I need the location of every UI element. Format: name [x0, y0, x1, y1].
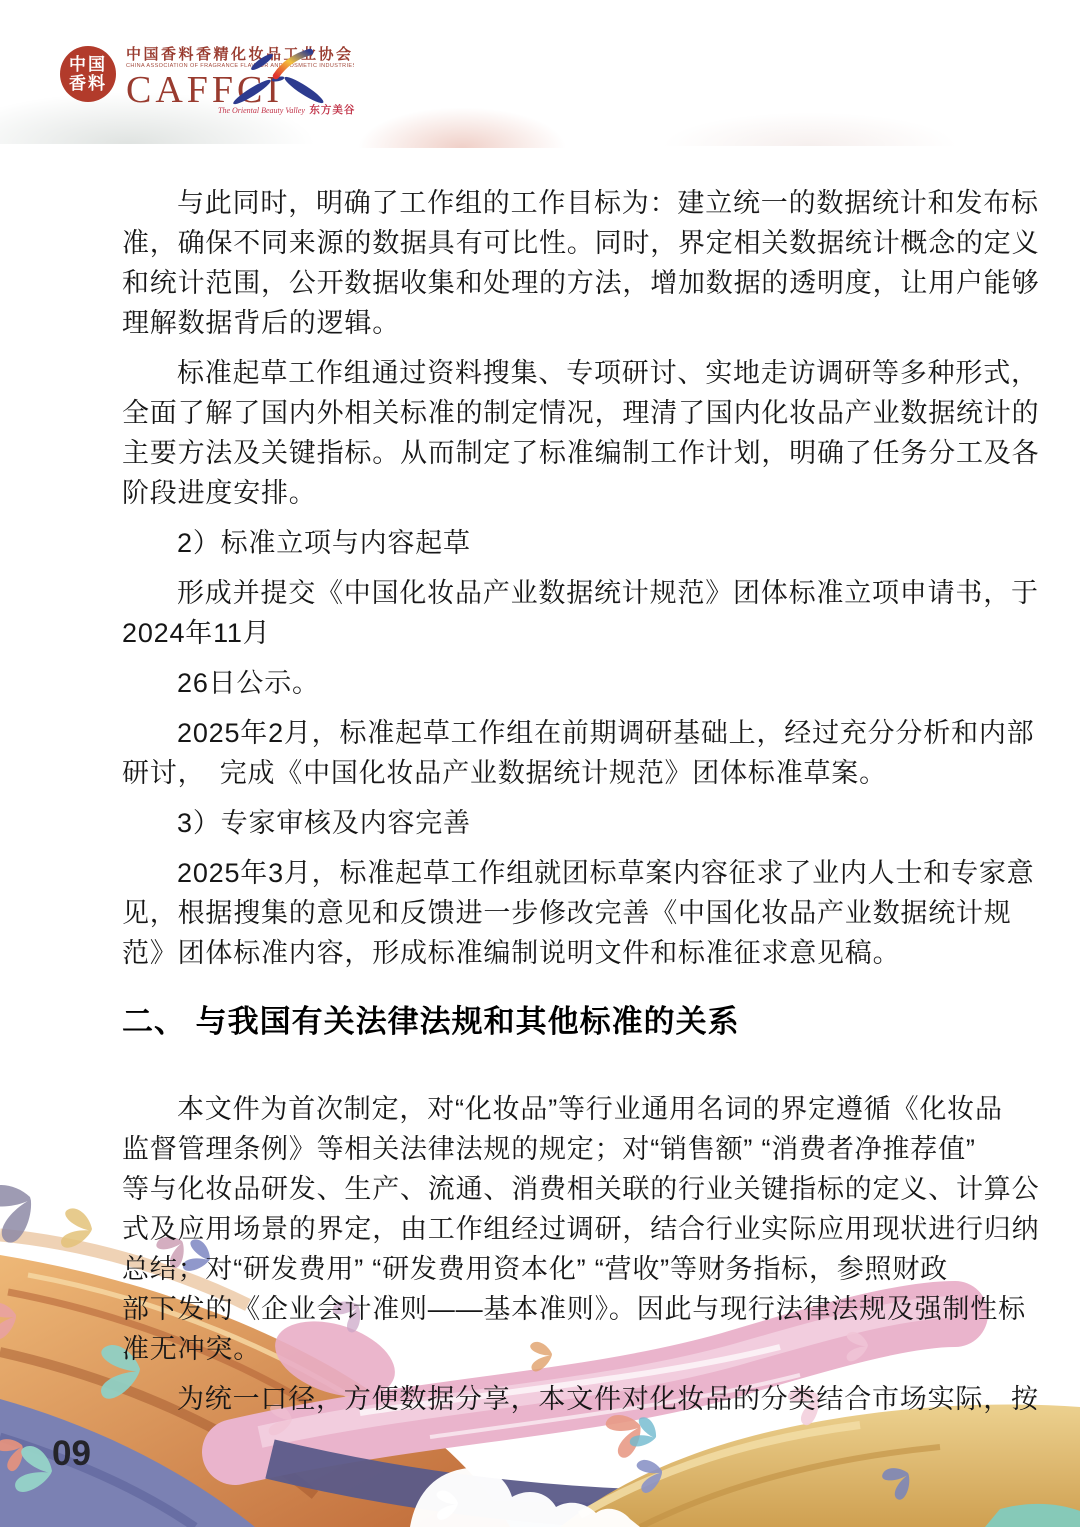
- text-line: 主要方法及关键指标。从而制定了标准编制工作计划，明确了任务分工及各: [122, 433, 958, 473]
- text-line: 等与化妆品研发、生产、流通、消费相关联的行业关键指标的定义、计算公: [122, 1169, 958, 1209]
- obv-butterfly-icon: [218, 46, 338, 106]
- caffci-seal-icon: 中国 香料: [60, 46, 116, 102]
- text-line: 理解数据背后的逻辑。: [122, 303, 958, 343]
- numbered-subheading: 3）专家审核及内容完善: [122, 803, 958, 843]
- obv-tagline-en: The Oriental Beauty Valley: [218, 106, 305, 115]
- text-line: 2）标准立项与内容起草: [122, 523, 958, 563]
- paragraph: 2025年2月，标准起草工作组在前期调研基础上，经过充分分析和内部 研讨， 完成…: [122, 713, 958, 793]
- seal-text-bottom: 香料: [69, 74, 107, 93]
- text-line: 2024年11月: [122, 613, 958, 653]
- text-line: 2025年2月，标准起草工作组在前期调研基础上，经过充分分析和内部: [122, 713, 958, 753]
- watercolor-mountains-decoration: [330, 90, 660, 148]
- document-page: { "header": { "caffci": { "seal_line1": …: [0, 0, 1080, 1527]
- document-body: 与此同时，明确了工作组的工作目标为：建立统一的数据统计和发布标 准，确保不同来源…: [122, 183, 958, 1419]
- text-line: 见，根据搜集的意见和反馈进一步修改完善《中国化妆品产业数据统计规: [122, 893, 958, 933]
- numbered-subheading: 2）标准立项与内容起草: [122, 523, 958, 563]
- page-number: 09: [52, 1434, 91, 1474]
- text-line: 阶段进度安排。: [122, 473, 958, 513]
- text-line: 3）专家审核及内容完善: [122, 803, 958, 843]
- text-line: 和统计范围，公开数据收集和处理的方法，增加数据的透明度，让用户能够: [122, 263, 958, 303]
- text-line: 本文件为首次制定，对“化妆品”等行业通用名词的界定遵循《化妆品: [122, 1089, 958, 1129]
- text-line: 2025年3月，标准起草工作组就团标草案内容征求了业内人士和专家意: [122, 853, 958, 893]
- text-line: 式及应用场景的界定，由工作组经过调研，结合行业实际应用现状进行归纳: [122, 1209, 958, 1249]
- paragraph: 为统一口径，方便数据分享，本文件对化妆品的分类结合市场实际，按: [122, 1379, 958, 1419]
- paragraph: 本文件为首次制定，对“化妆品”等行业通用名词的界定遵循《化妆品 监督管理条例》等…: [122, 1089, 958, 1369]
- text-line: 总结；对“研发费用” “研发费用资本化” “营收”等财务指标，参照财政: [122, 1249, 958, 1289]
- paragraph: 26日公示。: [122, 663, 958, 703]
- watercolor-mountains-decoration: [600, 98, 1020, 146]
- text-line: 准无冲突。: [122, 1329, 958, 1369]
- text-line: 全面了解了国内外相关标准的制定情况，理清了国内化妆品产业数据统计的: [122, 393, 958, 433]
- text-line: 范》团体标准内容，形成标准编制说明文件和标准征求意见稿。: [122, 933, 958, 973]
- text-line: 标准起草工作组通过资料搜集、专项研讨、实地走访调研等多种形式，: [122, 353, 958, 393]
- obv-tagline-cn: 东方美谷: [309, 104, 355, 116]
- paragraph: 与此同时，明确了工作组的工作目标为：建立统一的数据统计和发布标 准，确保不同来源…: [122, 183, 958, 343]
- page-header: 中国 香料 中国香料香精化妆品工业协会 CHINA ASSOCIATION OF…: [0, 0, 1080, 165]
- obv-tagline: The Oriental Beauty Valley 东方美谷: [218, 100, 355, 118]
- text-line: 准，确保不同来源的数据具有可比性。同时，界定相关数据统计概念的定义: [122, 223, 958, 263]
- section-heading: 二、 与我国有关法律法规和其他标准的关系: [122, 999, 958, 1045]
- text-line: 研讨， 完成《中国化妆品产业数据统计规范》团体标准草案。: [122, 753, 958, 793]
- oriental-beauty-valley-logo: The Oriental Beauty Valley 东方美谷: [218, 46, 338, 120]
- text-line: 部下发的《企业会计准则——基本准则》。因此与现行法律法规及强制性标: [122, 1289, 958, 1329]
- text-line: 为统一口径，方便数据分享，本文件对化妆品的分类结合市场实际，按: [122, 1379, 958, 1419]
- text-line: 与此同时，明确了工作组的工作目标为：建立统一的数据统计和发布标: [122, 183, 958, 223]
- paragraph: 标准起草工作组通过资料搜集、专项研讨、实地走访调研等多种形式， 全面了解了国内外…: [122, 353, 958, 513]
- text-line: 26日公示。: [122, 663, 958, 703]
- seal-text-top: 中国: [69, 55, 107, 74]
- paragraph: 2025年3月，标准起草工作组就团标草案内容征求了业内人士和专家意 见，根据搜集…: [122, 853, 958, 973]
- text-line: 监督管理条例》等相关法律法规的规定；对“销售额” “消费者净推荐值”: [122, 1129, 958, 1169]
- text-line: 形成并提交《中国化妆品产业数据统计规范》团体标准立项申请书，于: [122, 573, 958, 613]
- paragraph: 形成并提交《中国化妆品产业数据统计规范》团体标准立项申请书，于 2024年11月: [122, 573, 958, 653]
